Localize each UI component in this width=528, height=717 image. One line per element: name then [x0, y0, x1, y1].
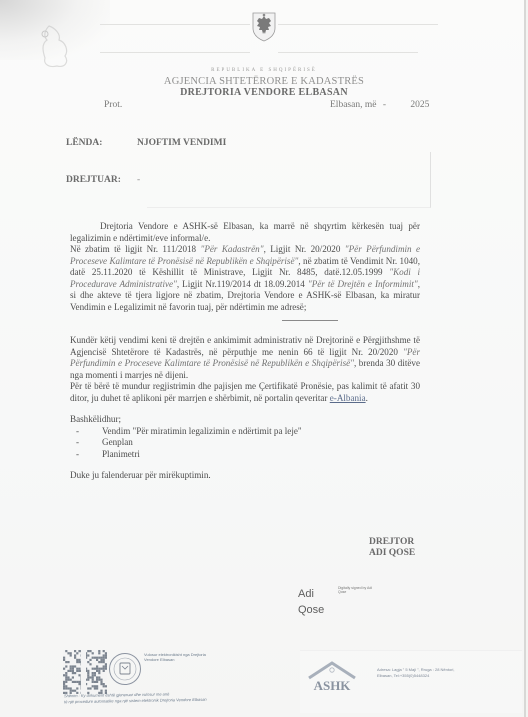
- directorate-name: DREJTORIA VENDORE ELBASAN: [0, 87, 528, 98]
- signatory-name: ADI QOSE: [369, 548, 415, 559]
- country-name: REPUBLIKA E SHQIPËRISË: [0, 68, 528, 73]
- paragraph-registration: Për të bërë të mundur regjistrimin dhe p…: [70, 381, 420, 404]
- e-albania-link[interactable]: e-Albania: [330, 393, 366, 403]
- agency-address: Adresa: Lagja " 5 Maji ", Rruga : 28 Nën…: [377, 667, 455, 679]
- signatory-title: DREJTOR: [369, 537, 414, 548]
- paragraph-appeal-rights: Kundër këtij vendimi keni të drejtën e a…: [70, 335, 420, 381]
- header-rule-left: [100, 24, 250, 25]
- text-segment: , Ligjit Nr. 20/2020: [264, 244, 345, 254]
- closing-line: Duke ju falenderuar për mirëkuptimin.: [70, 470, 420, 482]
- subject-label: LËNDA:: [66, 138, 102, 148]
- paragraph-review: Drejtoria Vendore e ASHK-së Elbasan, ka …: [70, 221, 420, 244]
- law-title: "Për të Drejtën e Informimit": [308, 279, 418, 289]
- date-year: 2025: [410, 100, 429, 110]
- addressee-label: DREJTUAR:: [66, 175, 121, 185]
- esign-first-name: Adi: [298, 586, 324, 602]
- esign-last-name: Qose: [298, 602, 324, 618]
- esign-note-line-2: Qose: [338, 590, 372, 594]
- protocol-number-field: Prot.: [104, 100, 122, 110]
- esign-note: Digitally signed by Adi Qose: [338, 586, 372, 594]
- attachment-item: -Planimetri: [70, 449, 420, 461]
- date-separator: -: [383, 100, 386, 110]
- agency-name: AGJENCIA SHTETËRORE E KADASTRËS: [0, 76, 528, 87]
- letter-body: Drejtoria Vendore e ASHK-së Elbasan, ka …: [70, 221, 420, 482]
- registration-suffix: .: [366, 393, 368, 403]
- protocol-label: Prot.: [104, 100, 122, 110]
- validated-line-2: Vendore Elbasan: [144, 657, 206, 662]
- auto-generated-notice: Shënim : Ky dokument është gjeneruar dhe…: [64, 691, 207, 705]
- address-line-2: Elbasan, Tel:+355(0)5448324: [377, 673, 455, 679]
- text-segment: Kundër këtij vendimi keni të drejtën e a…: [70, 335, 420, 357]
- paragraph-legal-basis: Në zbatim të ligjit Nr. 111/2018 "Për Ka…: [70, 244, 420, 313]
- faint-map-watermark-icon: [35, 22, 75, 72]
- document-page: REPUBLIKA E SHQIPËRISË AGJENCIA SHTETËRO…: [0, 0, 526, 717]
- attachments-label: Bashkëlidhur;: [70, 414, 420, 426]
- attachment-item: -Genplan: [70, 437, 420, 449]
- text-segment: , Ligjit Nr.119/2014 dt 18.09.2014: [177, 279, 308, 289]
- place-label: Elbasan, më: [330, 100, 376, 110]
- ashk-logo-icon: ASHK: [307, 660, 357, 694]
- header-rule-left-2: [100, 52, 250, 53]
- header-rule-right: [278, 24, 438, 25]
- qr-code-icon[interactable]: [63, 650, 107, 694]
- place-date: Elbasan, më - 2025: [330, 100, 429, 110]
- svg-text:ASHK: ASHK: [314, 678, 352, 693]
- subject-value: NJOFTIM VENDIMI: [137, 138, 226, 148]
- electronic-seal-text: Vulosur elektronikisht nga Drejtoria Ven…: [144, 652, 206, 662]
- addressee-value: -: [137, 175, 140, 185]
- text-segment: Në zbatim të ligjit Nr. 111/2018: [70, 244, 201, 254]
- attachment-item: -Vendim "Për miratimin legalizimin e ndë…: [70, 426, 420, 438]
- attachments-list: -Vendim "Për miratimin legalizimin e ndë…: [70, 426, 420, 461]
- notice-line-2: të një procedure automatike nga një sist…: [64, 697, 207, 705]
- agency-seal-icon: [108, 652, 142, 686]
- header-rule-right-2: [278, 52, 418, 53]
- electronic-signature: Adi Qose: [298, 586, 324, 618]
- law-title: "Për Kadastrën": [201, 244, 264, 254]
- addressee-box: [147, 152, 431, 208]
- albanian-eagle-emblem-icon: [251, 10, 277, 42]
